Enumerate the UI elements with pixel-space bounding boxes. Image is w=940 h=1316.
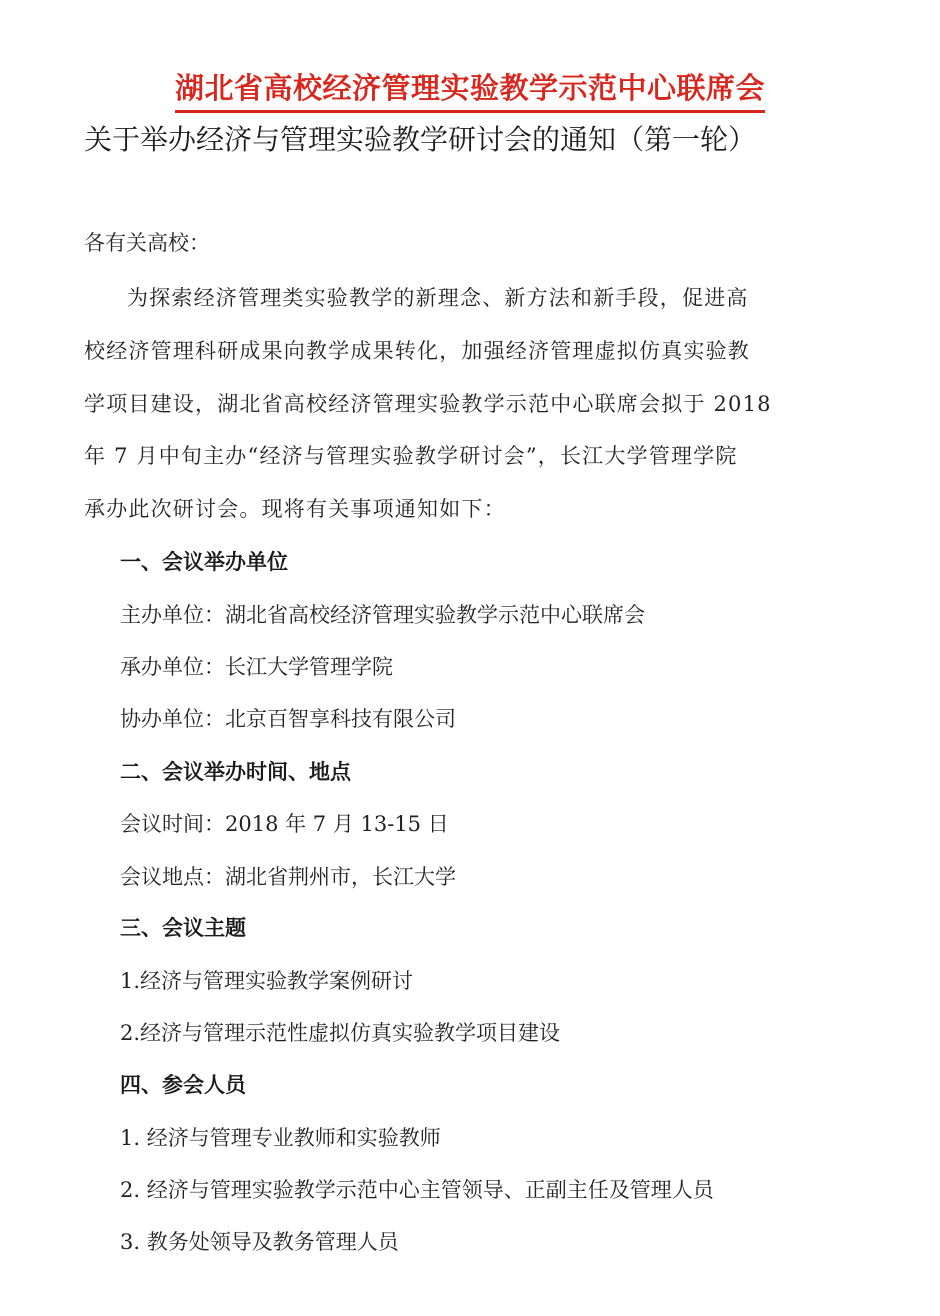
section-item: 2. 经济与管理实验教学示范中心主管领导、正副主任及管理人员: [120, 1175, 714, 1205]
section-heading: 一、会议举办单位: [120, 547, 288, 577]
section-heading: 三、会议主题: [120, 913, 246, 943]
organization-name: 湖北省高校经济管理实验教学示范中心联席会: [175, 68, 765, 113]
document-title: 关于举办经济与管理实验教学研讨会的通知（第一轮）: [84, 118, 804, 162]
paragraph-line: 承办此次研讨会。现将有关事项通知如下：: [84, 494, 506, 524]
section-item: 主办单位：湖北省高校经济管理实验教学示范中心联席会: [120, 600, 645, 630]
section-item: 协办单位：北京百智享科技有限公司: [120, 704, 456, 734]
salutation: 各有关高校：: [84, 228, 210, 258]
section-item: 会议时间：2018 年 7 月 13-15 日: [120, 809, 449, 839]
section-item: 1.经济与管理实验教学案例研讨: [120, 966, 413, 996]
section-heading: 二、会议举办时间、地点: [120, 757, 351, 787]
section-item: 会议地点：湖北省荆州市，长江大学: [120, 862, 456, 892]
section-item: 3. 教务处领导及教务管理人员: [120, 1227, 399, 1257]
organization-header: 湖北省高校经济管理实验教学示范中心联席会: [0, 68, 940, 113]
paragraph-line: 学项目建设，湖北省高校经济管理实验教学示范中心联席会拟于 2018: [84, 389, 772, 419]
section-item: 1. 经济与管理专业教师和实验教师: [120, 1123, 441, 1153]
paragraph-line: 年 7 月中旬主办“经济与管理实验教学研讨会”，长江大学管理学院: [84, 441, 738, 471]
paragraph-line: 为探索经济管理类实验教学的新理念、新方法和新手段，促进高: [127, 283, 749, 313]
section-item: 承办单位：长江大学管理学院: [120, 652, 393, 682]
section-heading: 四、参会人员: [120, 1070, 246, 1100]
section-item: 2.经济与管理示范性虚拟仿真实验教学项目建设: [120, 1018, 560, 1048]
paragraph-line: 校经济管理科研成果向教学成果转化，加强经济管理虚拟仿真实验教: [84, 336, 750, 366]
document-page: 湖北省高校经济管理实验教学示范中心联席会 关于举办经济与管理实验教学研讨会的通知…: [0, 0, 940, 1316]
